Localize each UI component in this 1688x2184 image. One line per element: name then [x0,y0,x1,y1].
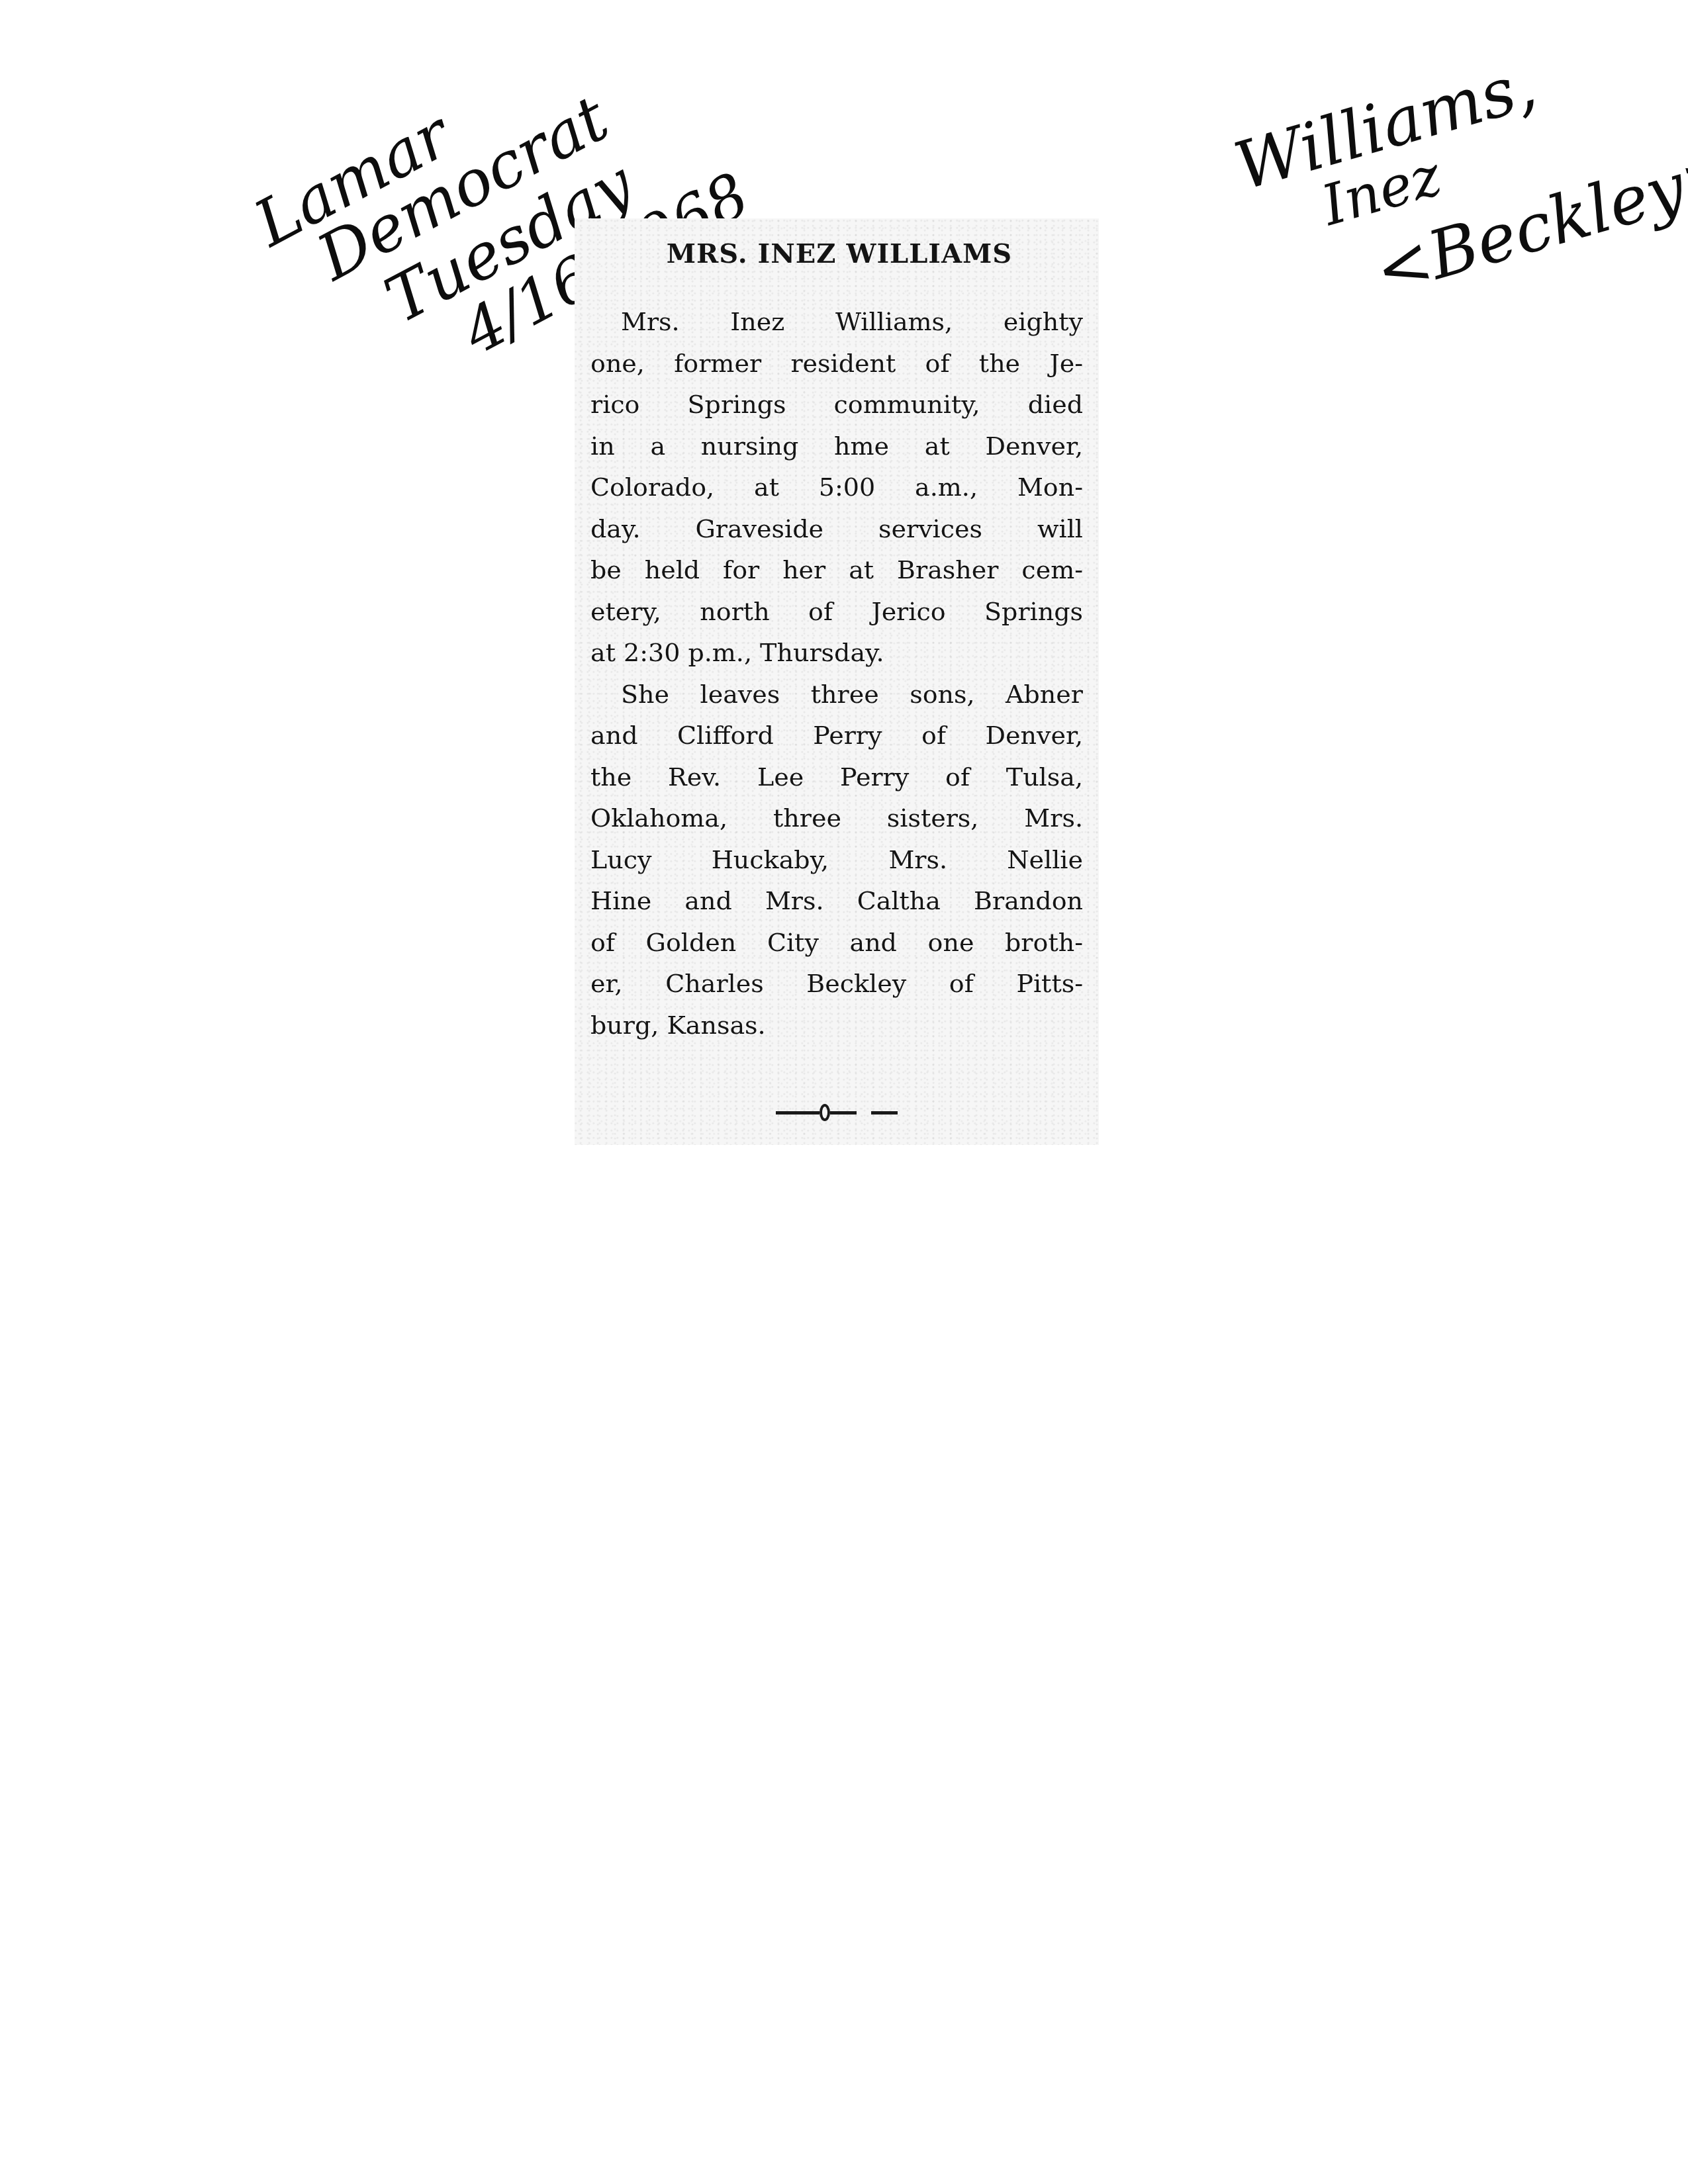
text-line: Lucy Huckaby, Mrs. Nellie [590,839,1083,881]
text-line: one, former resident of the Je- [590,343,1083,385]
ornament-rule-right [871,1111,898,1115]
text-line: day. Graveside services will [590,508,1083,550]
paragraph-death-notice: Mrs. Inez Williams, eighty one, former r… [590,301,1083,674]
ornament-rule-left [776,1111,820,1115]
text-line: at 2:30 p.m., Thursday. [590,632,1083,674]
text-line: and Clifford Perry of Denver, [590,715,1083,756]
end-ornament-divider [575,1104,1099,1121]
handwritten-name-note: Williams, Inez <Beckley> [1192,0,1650,373]
ornament-rule-mid [830,1111,857,1115]
obituary-headline: MRS. INEZ WILLIAMS [628,238,1051,269]
newspaper-clipping: MRS. INEZ WILLIAMS Mrs. Inez Williams, e… [575,218,1099,1145]
obituary-body: Mrs. Inez Williams, eighty one, former r… [590,301,1083,1046]
text-line: Mrs. Inez Williams, eighty [590,301,1083,343]
text-line: Hine and Mrs. Caltha Brandon [590,880,1083,922]
text-line: be held for her at Brasher cem- [590,549,1083,591]
text-line: the Rev. Lee Perry of Tulsa, [590,756,1083,798]
text-line: Oklahoma, three sisters, Mrs. [590,797,1083,839]
ornament-oval [820,1104,830,1121]
paragraph-survivors: She leaves three sons, Abner and Cliffor… [590,674,1083,1046]
text-line: rico Springs community, died [590,384,1083,426]
text-line: She leaves three sons, Abner [590,674,1083,715]
text-line: er, Charles Beckley of Pitts- [590,963,1083,1005]
text-line: in a nursing hme at Denver, [590,426,1083,467]
text-line: burg, Kansas. [590,1005,1083,1046]
text-line: of Golden City and one broth- [590,922,1083,964]
text-line: Colorado, at 5:00 a.m., Mon- [590,467,1083,508]
text-line: etery, north of Jerico Springs [590,591,1083,633]
